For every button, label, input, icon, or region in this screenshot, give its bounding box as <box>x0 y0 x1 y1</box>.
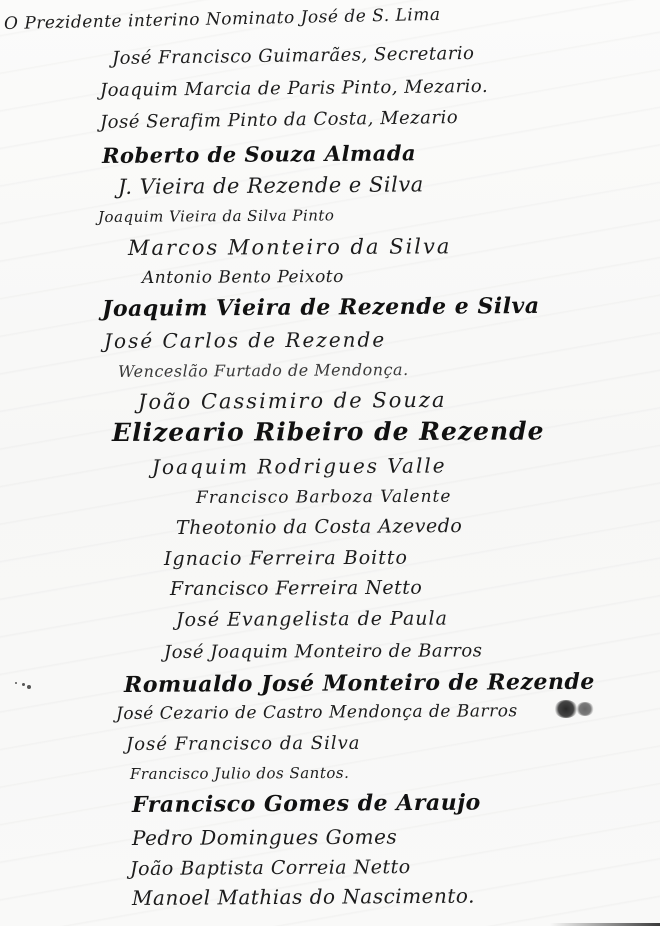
signature-line: Francisco Julio dos Santos. <box>130 764 349 783</box>
signature-line: José Serafim Pinto da Costa, Mezario <box>100 107 458 133</box>
signature-line: J. Vieira de Rezende e Silva <box>118 172 424 199</box>
signature-line: Francisco Barboza Valente <box>196 487 452 508</box>
signature-line: Joaquim Rodrigues Valle <box>152 453 447 479</box>
ink-blot <box>554 700 578 718</box>
signature-line: Roberto de Souza Almada <box>102 140 416 168</box>
header-line: O Prezidente interino Nominato José de S… <box>4 5 441 34</box>
signature-line: Joaquim Vieira da Silva Pinto <box>98 206 335 226</box>
signature-line: Manoel Mathias do Nascimento. <box>132 884 475 910</box>
signature-line: José Evangelista de Paula <box>176 608 448 631</box>
ink-speck <box>22 683 25 686</box>
signature-line: Wenceslão Furtado de Mendonça. <box>118 360 409 381</box>
ink-speck <box>15 682 17 684</box>
ink-speck <box>27 685 31 689</box>
signature-line: José Francisco Guimarães, Secretario <box>112 43 475 69</box>
signature-line: José Joaquim Monteiro de Barros <box>164 640 483 663</box>
signature-line: Antonio Bento Peixoto <box>142 267 344 288</box>
ink-blot <box>576 702 594 716</box>
signature-line: Theotonio da Costa Azevedo <box>176 515 462 539</box>
signature-line: Pedro Domingues Gomes <box>132 825 397 850</box>
signature-line: José Carlos de Rezende <box>104 328 386 353</box>
signature-line: Ignacio Ferreira Boitto <box>164 547 408 570</box>
signature-line: Romualdo José Monteiro de Rezende <box>124 669 595 698</box>
signature-line: José Francisco da Silva <box>126 733 361 755</box>
signature-line: Elizeario Ribeiro de Rezende <box>112 416 545 447</box>
signature-line: João Cassimiro de Souza <box>138 388 447 414</box>
signature-line: Joaquim Vieira de Rezende e Silva <box>102 293 540 322</box>
signature-line: José Cezario de Castro Mendonça de Barro… <box>116 701 518 724</box>
signature-line: Francisco Gomes de Araujo <box>132 790 481 818</box>
signature-line: Joaquim Marcia de Paris Pinto, Mezario. <box>100 76 488 101</box>
manuscript-page: O Prezidente interino Nominato José de S… <box>0 0 660 926</box>
signature-line: Marcos Monteiro da Silva <box>128 234 451 260</box>
signature-line: João Baptista Correia Netto <box>130 856 411 880</box>
signature-line: Francisco Ferreira Netto <box>170 577 422 600</box>
